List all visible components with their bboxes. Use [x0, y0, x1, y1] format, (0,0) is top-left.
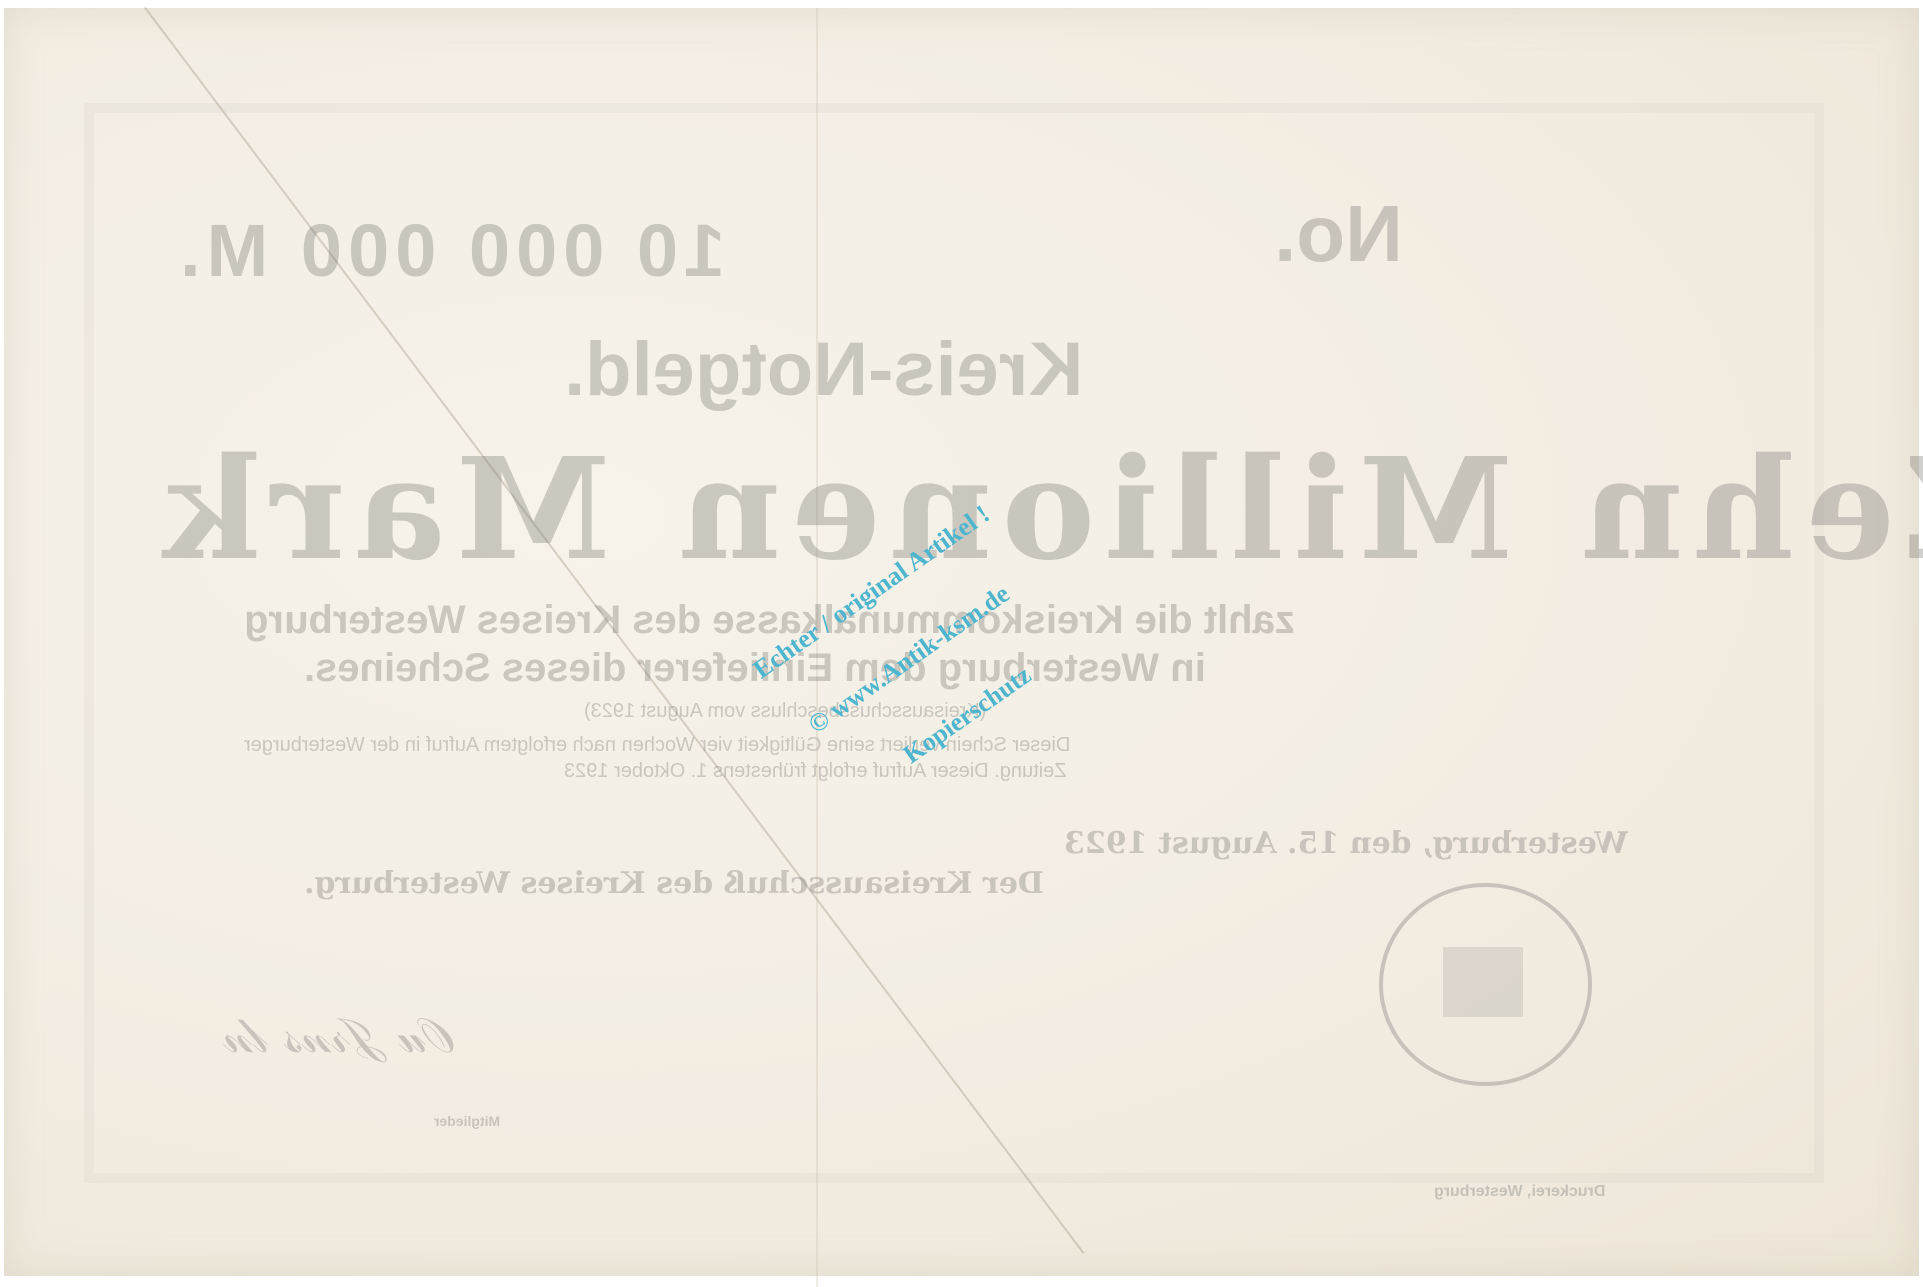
serial-number-label: No. — [1274, 188, 1403, 280]
issue-date: Westerburg, den 15. August 1923 — [1064, 826, 1628, 861]
official-seal-stamp — [1379, 883, 1592, 1086]
note-title: Kreis-Notgeld. — [564, 326, 1083, 413]
signature-label: Mitglieder — [434, 1113, 500, 1129]
copy-protection-watermark: Echter / original Artikel ! © www.Antik-… — [740, 470, 1100, 770]
printer-imprint: Druckerei, Westerburg — [1434, 1183, 1605, 1201]
eagle-emblem-icon — [1443, 947, 1523, 1017]
watermark-line: Echter / original Artikel ! — [748, 499, 996, 685]
signatures: 𝒪𝓊 𝒥𝓇𝓃𝓈 𝓁𝓃 — [224, 1008, 458, 1065]
amount-numeric: 10 000 000 M. — [174, 208, 725, 293]
issuing-authority: Der Kreisausschuß des Kreises Westerburg… — [304, 866, 1044, 901]
watermark-line: Kopierschutz — [898, 660, 1037, 770]
